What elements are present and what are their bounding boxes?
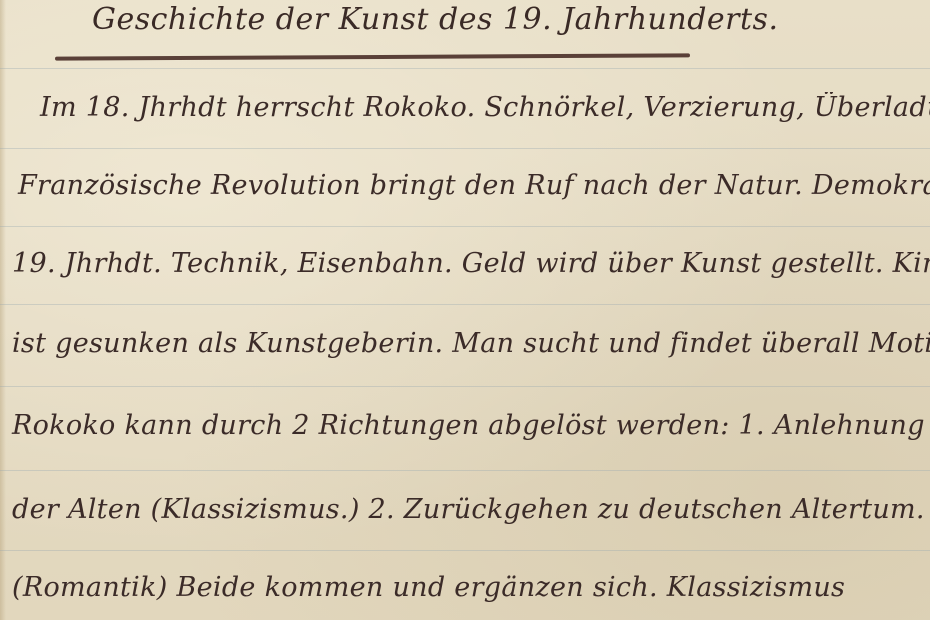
- text-line-1: Im 18. Jhrhdt herrscht Rokoko. Schnörkel…: [0, 92, 930, 123]
- text-line-3: 19. Jhrhdt. Technik, Eisenbahn. Geld wir…: [0, 248, 930, 279]
- ruled-line: [0, 304, 930, 305]
- manuscript-page: Geschichte der Kunst des 19. Jahrhundert…: [0, 0, 930, 620]
- ruled-line: [0, 68, 930, 69]
- text-line-6: der Alten (Klassizismus.) 2. Zurückgehen…: [0, 494, 930, 525]
- text-line-4: ist gesunken als Kunstgeberin. Man sucht…: [0, 328, 930, 359]
- page-title: Geschichte der Kunst des 19. Jahrhundert…: [92, 2, 778, 37]
- text-line-2: Französische Revolution bringt den Ruf n…: [0, 170, 930, 201]
- ruled-line: [0, 386, 930, 387]
- ruled-line: [0, 148, 930, 149]
- text-line-7: (Romantik) Beide kommen und ergänzen sic…: [0, 572, 930, 603]
- text-line-5: Rokoko kann durch 2 Richtungen abgelöst …: [0, 410, 930, 441]
- ruled-line: [0, 226, 930, 227]
- title-underline: [55, 53, 690, 60]
- ruled-line: [0, 550, 930, 551]
- ruled-line: [0, 470, 930, 471]
